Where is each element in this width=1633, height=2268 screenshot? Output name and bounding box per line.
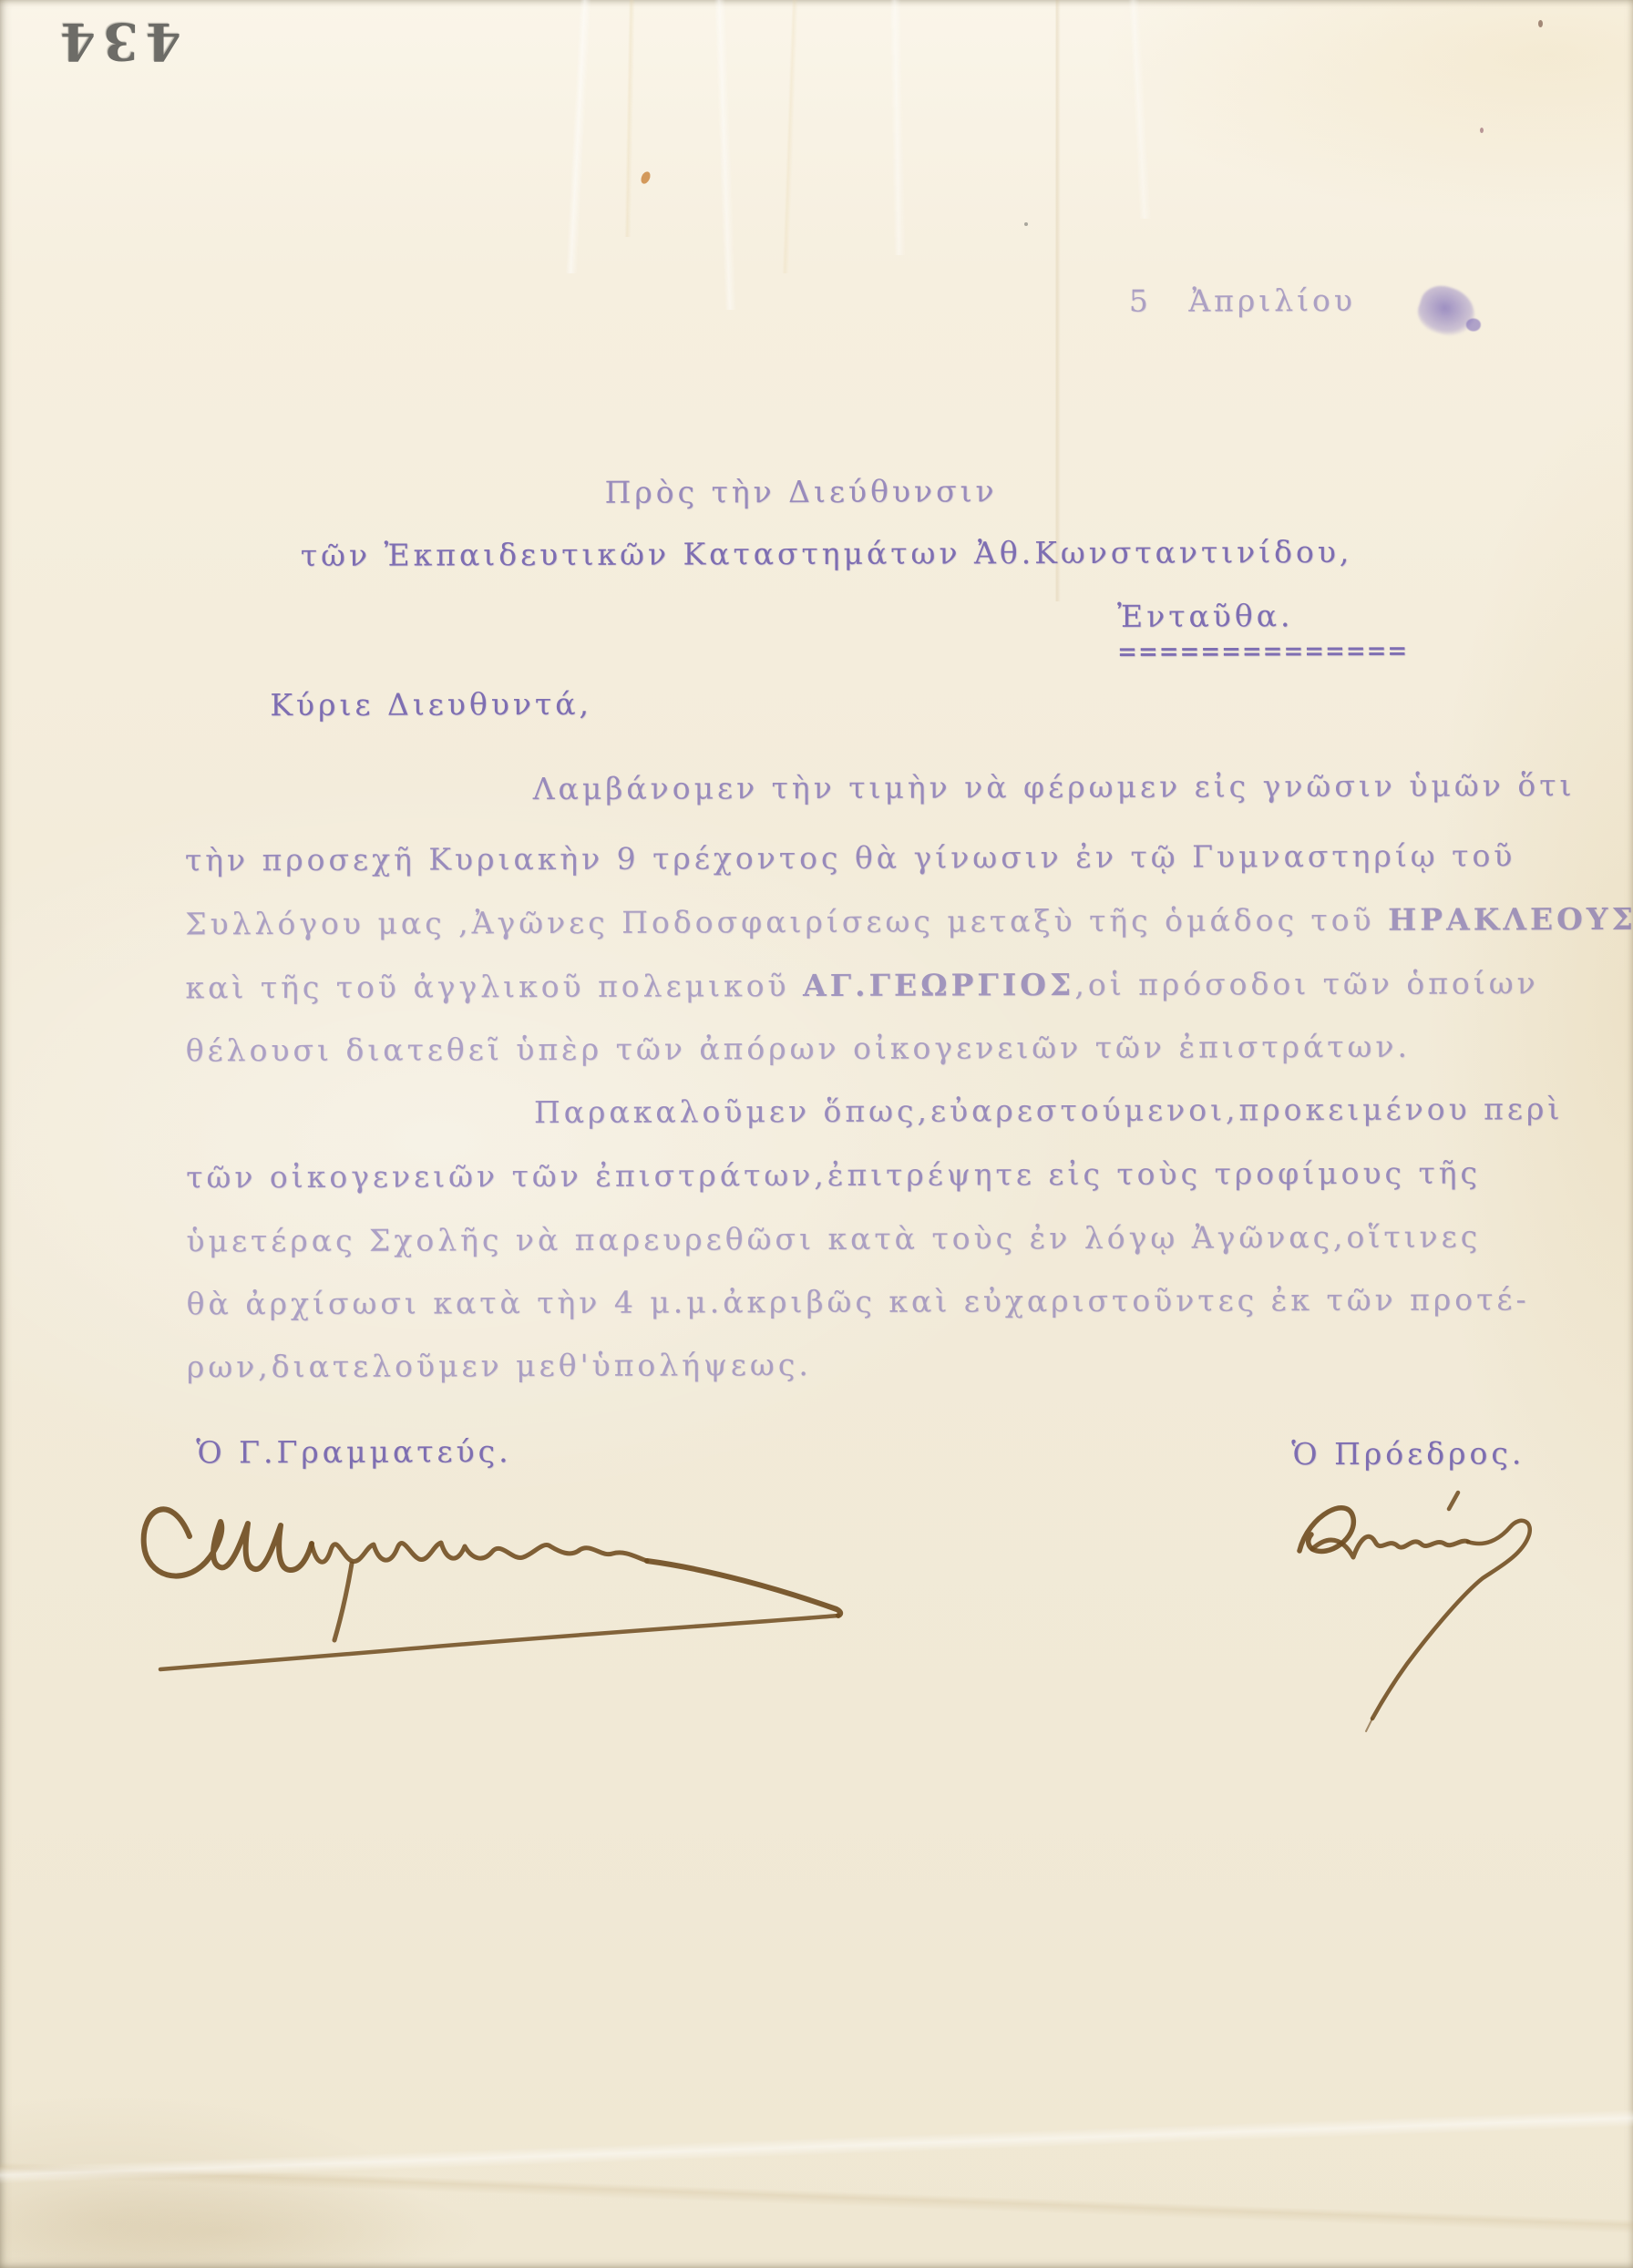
recipient-underline: ============== bbox=[1117, 638, 1408, 666]
body-line: θέλουσι διατεθεῖ ὑπὲρ τῶν ἀπόρων οἰκογεν… bbox=[186, 1029, 1411, 1069]
secretary-signature bbox=[137, 1480, 875, 1708]
ship-name-st-george: ΑΓ.ΓΕΩΡΓΙΟΣ bbox=[803, 967, 1074, 1003]
body-line: Παρακαλοῦμεν ὅπως,εὐαρεστούμενοι,προκειμ… bbox=[534, 1091, 1563, 1130]
body-line: τῶν οἰκογενειῶν τῶν ἐπιστράτων,ἐπιτρέψητ… bbox=[186, 1155, 1481, 1195]
body-line: θὰ ἀρχίσωσι κατὰ τὴν 4 μ.μ.ἀκριβῶς καὶ ε… bbox=[187, 1281, 1530, 1321]
body-line-segment: ,οἱ πρόσοδοι τῶν ὁποίων bbox=[1074, 965, 1538, 1002]
body-line-segment: καὶ τῆς τοῦ ἀγγλικοῦ πολεμικοῦ bbox=[185, 968, 803, 1005]
date-line: 5 Ἀπριλίου bbox=[1129, 282, 1356, 319]
body-line: ρων,διατελοῦμεν μεθ'ὑπολήψεως. bbox=[187, 1347, 812, 1384]
recipient-line-1: Πρὸς τὴν Διεύθυνσιν bbox=[604, 473, 997, 510]
president-signature bbox=[1268, 1489, 1569, 1735]
body-line: ὑμετέρας Σχολῆς νὰ παρευρεθῶσι κατὰ τοὺς… bbox=[186, 1218, 1481, 1258]
secretary-title: Ὁ Γ.Γραμματεύς. bbox=[196, 1433, 512, 1470]
ink-blot bbox=[1412, 280, 1481, 342]
body-line: καὶ τῆς τοῦ ἀγγλικοῦ πολεμικοῦ ΑΓ.ΓΕΩΡΓΙ… bbox=[185, 965, 1538, 1005]
body-line-segment: Συλλόγου μας ,Ἀγῶνες Ποδοσφαιρίσεως μετα… bbox=[185, 902, 1388, 942]
scanned-letter-page: 434 5 Ἀπριλίου Πρὸς τὴν Διεύθυνσιν τῶν Ἐ… bbox=[0, 0, 1633, 2268]
team-name-herakles: ΗΡΑΚΛΕΟΥΣ bbox=[1388, 901, 1633, 938]
recipient-line-3: Ἐνταῦθα. bbox=[1117, 598, 1294, 634]
body-line: Λαμβάνομεν τὴν τιμὴν νὰ φέρωμεν εἰς γνῶσ… bbox=[533, 767, 1576, 806]
body-line: Συλλόγου μας ,Ἀγῶνες Ποδοσφαιρίσεως μετα… bbox=[185, 901, 1633, 942]
salutation: Κύριε Διευθυντά, bbox=[270, 686, 592, 723]
typewritten-text-layer: 5 Ἀπριλίου Πρὸς τὴν Διεύθυνσιν τῶν Ἐκπαι… bbox=[0, 0, 1633, 2268]
recipient-line-2: τῶν Ἐκπαιδευτικῶν Καταστημάτων Ἀθ.Κωνστα… bbox=[301, 534, 1353, 573]
ink-blot-dot bbox=[1466, 318, 1481, 331]
president-title: Ὁ Πρόεδρος. bbox=[1291, 1435, 1525, 1472]
body-line: τὴν προσεχῆ Κυριακὴν 9 τρέχοντος θὰ γίνω… bbox=[185, 837, 1516, 877]
